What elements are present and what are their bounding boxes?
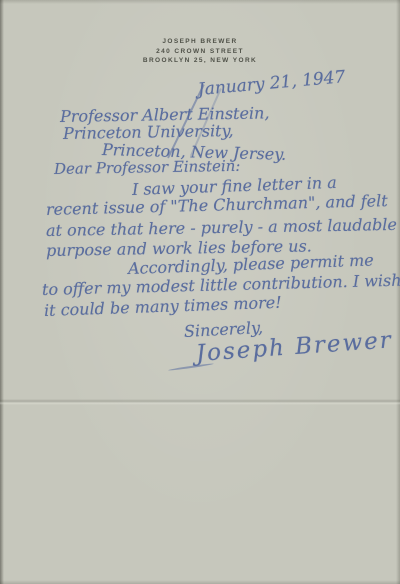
salutation: Dear Professor Einstein: (54, 157, 241, 178)
recipient-institution: Princeton University, (63, 121, 234, 143)
letter-scan: JOSEPH BREWER 240 CROWN STREET BROOKLYN … (0, 0, 400, 584)
letterhead-city: BROOKLYN 25, NEW YORK (0, 56, 400, 66)
letterhead: JOSEPH BREWER 240 CROWN STREET BROOKLYN … (0, 37, 400, 66)
letterhead-street: 240 CROWN STREET (0, 47, 400, 57)
letterhead-name: JOSEPH BREWER (0, 37, 400, 47)
fold-crease (0, 399, 400, 405)
